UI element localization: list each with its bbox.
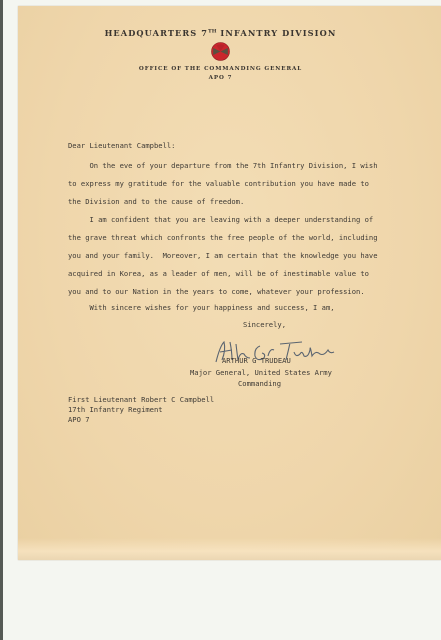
letterhead-title: HEADQUARTERS 7TH INFANTRY DIVISION [0, 28, 441, 38]
letter-paper [18, 6, 441, 560]
paragraph-1-line-2: to express my gratitude for the valuable… [68, 180, 369, 187]
letterhead: HEADQUARTERS 7TH INFANTRY DIVISION OFFIC… [0, 28, 441, 81]
paragraph-3-line-1: With sincere wishes for your happiness a… [68, 304, 335, 311]
letterhead-apo: APO 7 [0, 75, 441, 81]
letterhead-office: OFFICE OF THE COMMANDING GENERAL [0, 66, 441, 72]
paragraph-2-line-3: you and your family. Moreover, I am cert… [68, 252, 378, 259]
signatory-rank: Major General, United States Army [190, 369, 332, 376]
salutation: Dear Lieutenant Campbell: [68, 142, 175, 149]
recipient-line-2: 17th Infantry Regiment [68, 406, 163, 413]
paragraph-2-line-5: you and to our Nation in the years to co… [68, 288, 365, 295]
paragraph-1-line-3: the Division and to the cause of freedom… [68, 198, 244, 205]
hourglass-insignia-icon [211, 42, 230, 61]
paragraph-1-line-1: On the eve of your departure from the 7t… [68, 162, 378, 169]
paper-crease [18, 538, 441, 560]
paragraph-2-line-2: the grave threat which confronts the fre… [68, 234, 378, 241]
recipient-line-1: First Lieutenant Robert C Campbell [68, 396, 214, 403]
closing: Sincerely, [243, 321, 286, 328]
paragraph-2-line-1: I am confident that you are leaving with… [68, 216, 373, 223]
recipient-line-3: APO 7 [68, 416, 90, 423]
signatory-title: Commanding [238, 380, 281, 387]
signatory-name: ARTHUR G TRUDEAU [222, 357, 291, 364]
paragraph-2-line-4: acquired in Korea, as a leader of men, w… [68, 270, 369, 277]
